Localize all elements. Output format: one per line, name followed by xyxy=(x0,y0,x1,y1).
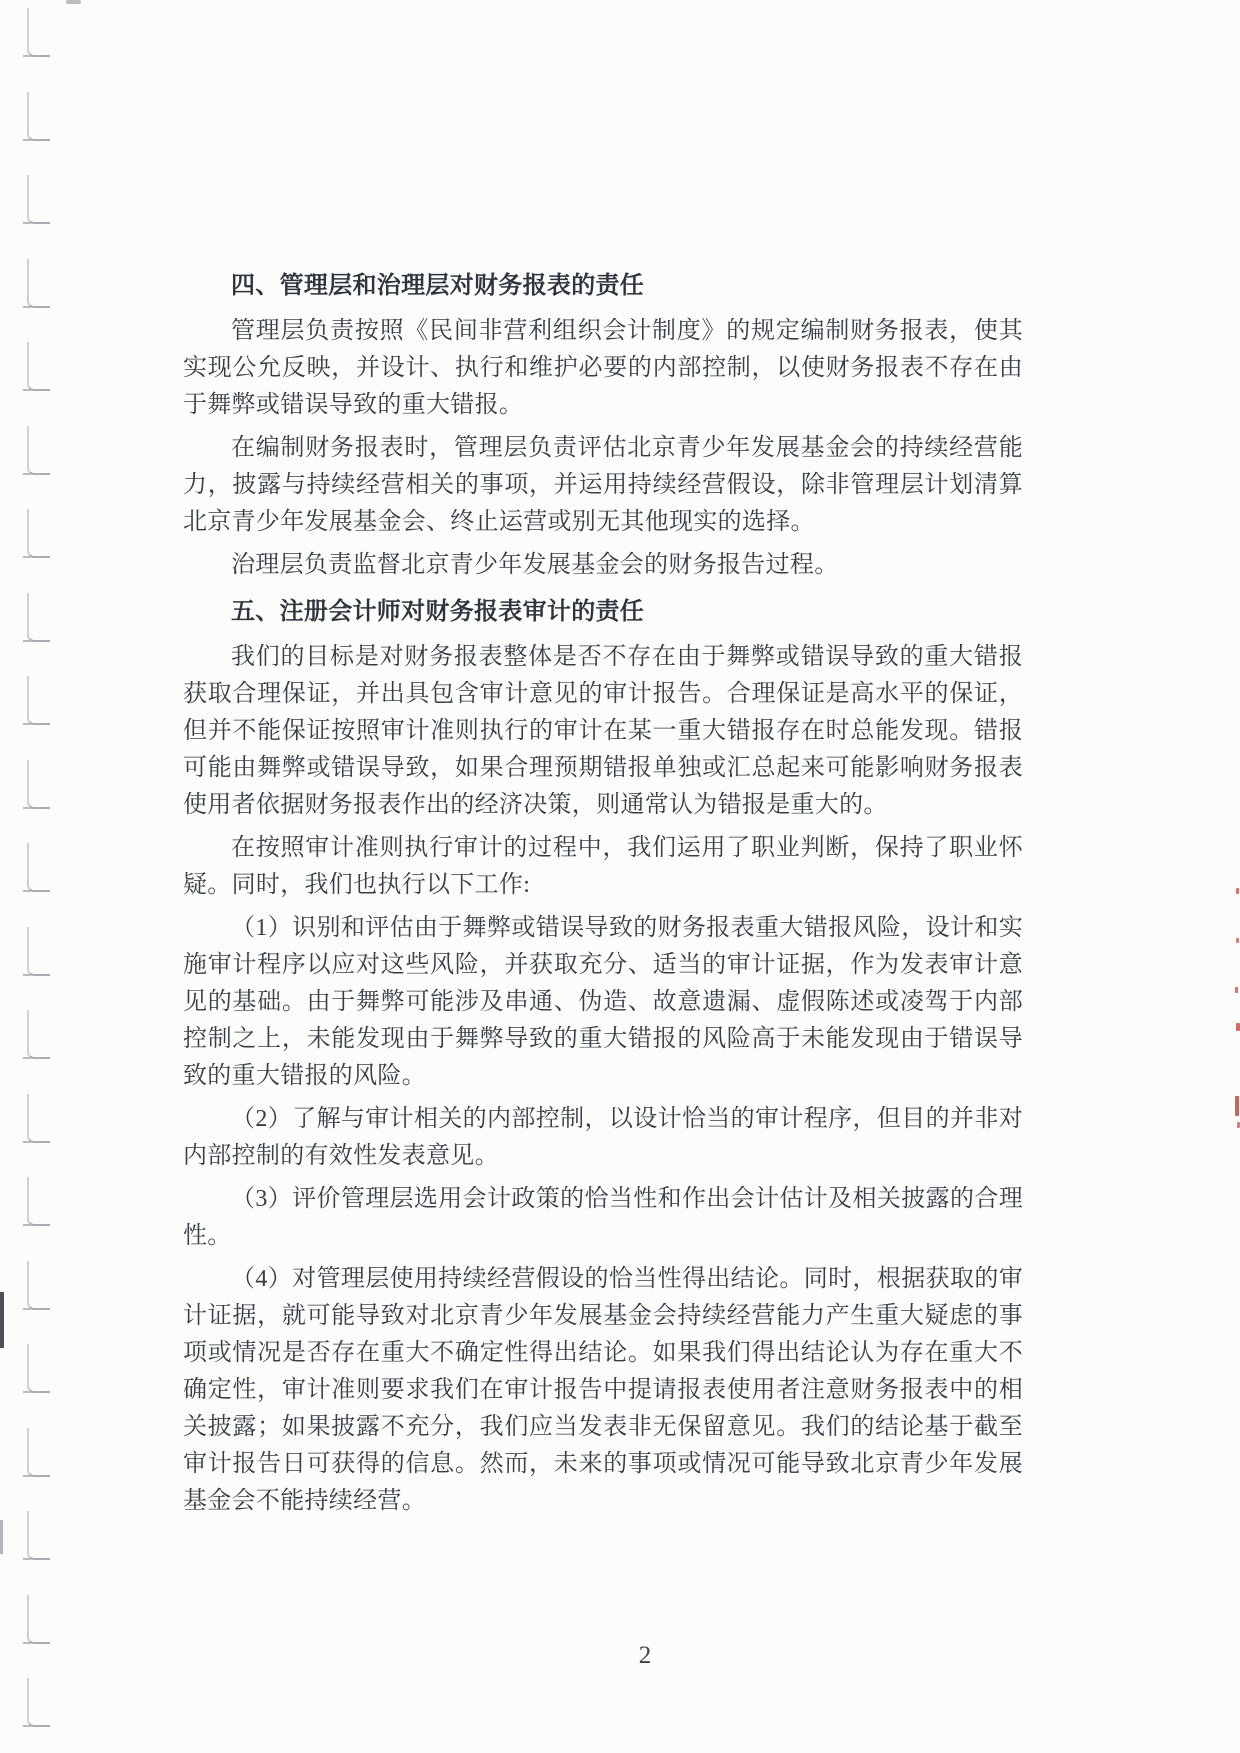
binding-hole-shadow xyxy=(27,8,50,57)
paragraph-item-4-going-concern-conclusion: （4）对管理层使用持续经营假设的恰当性得出结论。同时，根据获取的审计证据，就可能… xyxy=(183,1261,1023,1520)
binding-hole-shadow xyxy=(27,1428,50,1477)
binding-hole-shadow xyxy=(27,1595,50,1644)
section-heading-management-responsibility: 四、管理层和治理层对财务报表的责任 xyxy=(183,268,1023,305)
binding-hole-shadow xyxy=(27,927,50,976)
binding-hole-shadow xyxy=(27,1094,50,1143)
binding-hole-shadow xyxy=(27,1678,50,1727)
paragraph-management-prepares-statements: 管理层负责按照《民间非营利组织会计制度》的规定编制财务报表，使其实现公允反映，并… xyxy=(183,313,1023,424)
red-ink-bleed-mark xyxy=(1235,987,1238,993)
paragraph-item-3-accounting-policies: （3）评价管理层选用会计政策的恰当性和作出会计估计及相关披露的合理性。 xyxy=(183,1181,1023,1255)
binding-holes xyxy=(0,0,70,1753)
red-ink-bleed-mark xyxy=(1236,888,1239,894)
scan-edge-mark xyxy=(0,1520,3,1554)
paragraph-item-1-risk-identification: （1）识别和评估由于舞弊或错误导致的财务报表重大错报风险，设计和实施审计程序以应… xyxy=(183,910,1023,1095)
scan-smudge xyxy=(66,0,81,4)
binding-hole-shadow xyxy=(27,259,50,308)
binding-hole-shadow xyxy=(27,760,50,809)
binding-hole-shadow xyxy=(27,175,50,224)
binding-hole-shadow xyxy=(27,1344,50,1393)
binding-hole-shadow xyxy=(27,426,50,475)
paragraph-item-2-internal-control: （2）了解与审计相关的内部控制，以设计恰当的审计程序，但目的并非对内部控制的有效… xyxy=(183,1101,1023,1175)
scan-edge-mark xyxy=(0,1292,4,1348)
page-number: 2 xyxy=(0,1642,1240,1670)
binding-hole-shadow xyxy=(27,1511,50,1560)
paragraph-going-concern-assessment: 在编制财务报表时，管理层负责评估北京青少年发展基金会的持续经营能力，披露与持续经… xyxy=(183,430,1023,541)
binding-hole-shadow xyxy=(27,92,50,141)
section-heading-auditor-responsibility: 五、注册会计师对财务报表审计的责任 xyxy=(183,594,1023,631)
binding-hole-shadow xyxy=(27,509,50,558)
scanned-page: 四、管理层和治理层对财务报表的责任 管理层负责按照《民间非营利组织会计制度》的规… xyxy=(0,0,1240,1753)
paragraph-professional-judgment: 在按照审计准则执行审计的过程中，我们运用了职业判断，保持了职业怀疑。同时，我们也… xyxy=(183,830,1023,904)
binding-hole-shadow xyxy=(27,676,50,725)
binding-hole-shadow xyxy=(27,593,50,642)
red-ink-bleed-mark xyxy=(1236,1023,1240,1031)
binding-hole-shadow xyxy=(27,342,50,391)
document-body: 四、管理层和治理层对财务报表的责任 管理层负责按照《民间非营利组织会计制度》的规… xyxy=(183,258,1023,1520)
binding-hole-shadow xyxy=(27,1177,50,1226)
binding-hole-shadow xyxy=(27,1261,50,1310)
red-ink-bleed-mark xyxy=(1235,1096,1239,1116)
binding-hole-shadow xyxy=(27,1010,50,1059)
binding-hole-shadow xyxy=(27,843,50,892)
red-ink-bleed-mark xyxy=(1236,938,1239,943)
paragraph-audit-objective: 我们的目标是对财务报表整体是否不存在由于舞弊或错误导致的重大错报获取合理保证，并… xyxy=(183,639,1023,824)
paragraph-governance-oversight: 治理层负责监督北京青少年发展基金会的财务报告过程。 xyxy=(183,547,1023,584)
